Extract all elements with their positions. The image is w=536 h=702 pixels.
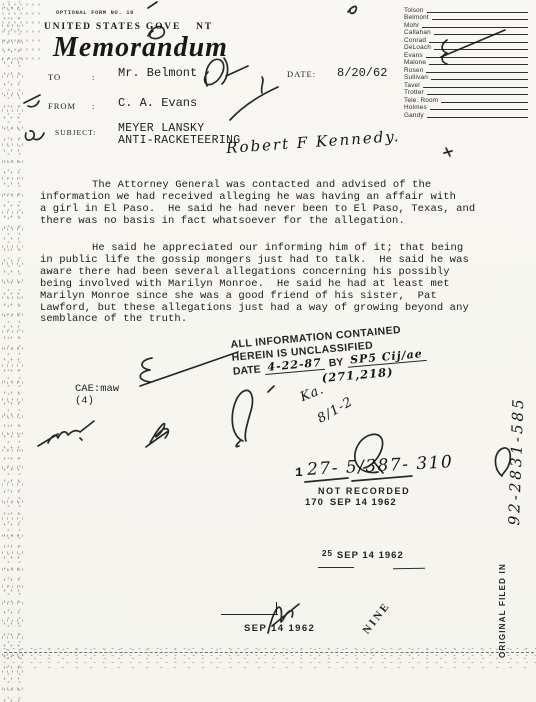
from-colon: : bbox=[92, 101, 95, 111]
scribble-evans-check bbox=[230, 87, 278, 120]
to-label: TO bbox=[48, 72, 61, 82]
routing-name: Tolson bbox=[404, 7, 424, 14]
routing-name: Evans bbox=[404, 52, 423, 59]
body-line: Marilyn Monroe since she was a good frie… bbox=[40, 291, 469, 303]
routing-blank-line bbox=[429, 63, 528, 65]
date-label: DATE: bbox=[287, 69, 316, 79]
scribble-e-initial bbox=[140, 358, 152, 382]
routing-list: Tolson Belmont Mohr Callahan Conrad DeLo… bbox=[404, 6, 530, 119]
received-date-value: SEP 14 1962 bbox=[337, 550, 404, 561]
handwritten-ka-number: 8/1-2 bbox=[315, 394, 356, 426]
routing-row: Rosen bbox=[404, 66, 530, 74]
routing-blank-line bbox=[434, 33, 528, 35]
routing-name: Holmes bbox=[404, 104, 427, 111]
not-recorded-date-value: SEP 14 1962 bbox=[330, 497, 397, 508]
body-line: being involved with Marilyn Monroe. He s… bbox=[40, 279, 469, 291]
scribble-left-margin-1 bbox=[24, 95, 40, 107]
routing-row: Callahan bbox=[404, 29, 530, 37]
to-value: Mr. Belmont bbox=[118, 66, 197, 80]
copy-count: (4) bbox=[75, 395, 119, 407]
routing-row: Mohr bbox=[404, 21, 530, 29]
scribble-left-margin-2 bbox=[25, 131, 44, 140]
serial-prefix: 1 bbox=[295, 465, 303, 480]
routing-blank-line bbox=[434, 48, 528, 50]
form-number: OPTIONAL FORM NO. 10 bbox=[56, 9, 134, 16]
government-line-left: UNITED STATES GOVE bbox=[44, 22, 181, 32]
routing-name: Conrad bbox=[404, 37, 426, 44]
body-line: a girl in El Paso. He said he had never … bbox=[40, 204, 475, 216]
routing-blank-line bbox=[432, 18, 528, 20]
routing-blank-line bbox=[427, 11, 528, 13]
routing-blank-line bbox=[427, 116, 528, 118]
nine-stamp: NINE bbox=[360, 600, 393, 637]
routing-name: Sullivan bbox=[404, 74, 428, 81]
routing-name: Rosen bbox=[404, 67, 423, 74]
scribble-pretzel-initial bbox=[146, 424, 168, 447]
routing-name: Mohr bbox=[404, 22, 419, 29]
from-value: C. A. Evans bbox=[118, 96, 197, 110]
routing-row: Tele. Room bbox=[404, 96, 530, 104]
bottom-rule-line bbox=[221, 614, 278, 615]
routing-blank-line bbox=[441, 101, 528, 103]
routing-name: Tavel bbox=[404, 82, 420, 89]
routing-row: Evans bbox=[404, 51, 530, 59]
declass-date-label: DATE bbox=[232, 363, 261, 377]
body-line: there was no basis in fact whatsoever fo… bbox=[40, 216, 475, 228]
routing-row: Trotter bbox=[404, 89, 530, 97]
bottom-date-stamp: SEP 14 1962 bbox=[244, 623, 315, 634]
routing-row: Gandy bbox=[404, 111, 530, 119]
scribble-e-slash bbox=[140, 352, 238, 386]
routing-blank-line bbox=[426, 71, 528, 73]
typist-initials: CAE:maw bbox=[75, 383, 119, 395]
routing-name: Malone bbox=[404, 59, 426, 66]
routing-name: Gandy bbox=[404, 112, 424, 119]
to-colon: : bbox=[92, 72, 95, 82]
scribble-top-tick bbox=[148, 2, 157, 8]
declassification-stamp: ALL INFORMATION CONTAINED HEREIN IS UNCL… bbox=[230, 319, 459, 392]
handwritten-file-number: 27- 5/387- 310 bbox=[307, 452, 454, 480]
received-date-stamp: 25SEP 14 1962 bbox=[322, 549, 404, 561]
routing-blank-line bbox=[426, 56, 528, 58]
scribble-tall-oval-initial bbox=[232, 390, 252, 446]
routing-row: Malone bbox=[404, 59, 530, 67]
original-filed-in-stamp: ORIGINAL FILED IN bbox=[498, 546, 507, 658]
stamp-dash bbox=[393, 568, 425, 570]
government-line-right: NT bbox=[196, 22, 213, 32]
not-recorded-stamp: NOT RECORDED bbox=[318, 486, 410, 496]
scan-noise-bottom-edge bbox=[0, 645, 536, 669]
memorandum-title: Memorandum bbox=[53, 32, 228, 64]
scan-noise-top-left bbox=[0, 0, 40, 60]
not-recorded-number: 170 bbox=[305, 497, 324, 508]
not-recorded-date: 170SEP 14 1962 bbox=[305, 497, 397, 508]
routing-row: Holmes bbox=[404, 104, 530, 112]
body-paragraph-1: The Attorney General was contacted and a… bbox=[40, 180, 475, 228]
memo-page: OPTIONAL FORM NO. 10 UNITED STATES GOVE … bbox=[0, 0, 536, 702]
government-line: UNITED STATES GOVE NT bbox=[44, 22, 213, 32]
declass-by-label: BY bbox=[328, 356, 344, 369]
subject-line-2: ANTI-RACKETEERING bbox=[118, 134, 240, 147]
typist-initials-block: CAE:maw (4) bbox=[75, 383, 119, 407]
routing-blank-line bbox=[429, 41, 528, 43]
routing-name: Trotter bbox=[404, 89, 424, 96]
routing-row: Belmont bbox=[404, 14, 530, 22]
routing-name: Belmont bbox=[404, 14, 429, 21]
received-number: 25 bbox=[322, 549, 333, 558]
routing-blank-line bbox=[422, 26, 528, 28]
routing-row: Tolson bbox=[404, 6, 530, 14]
routing-row: Tavel bbox=[404, 81, 530, 89]
routing-blank-line bbox=[431, 78, 528, 80]
scan-noise-left-edge bbox=[0, 0, 24, 702]
routing-row: Sullivan bbox=[404, 74, 530, 82]
routing-name: Tele. Room bbox=[404, 97, 438, 104]
routing-name: DeLoach bbox=[404, 44, 431, 51]
stamp-dash bbox=[318, 567, 354, 568]
subject-label: SUBJECT: bbox=[55, 128, 96, 137]
scribble-title-tick bbox=[348, 6, 356, 13]
scan-page-edge-line bbox=[4, 652, 534, 653]
date-value: 8/20/62 bbox=[337, 66, 387, 80]
routing-blank-line bbox=[430, 108, 528, 110]
routing-blank-line bbox=[423, 86, 528, 88]
body-line: aware there had been several allegations… bbox=[40, 267, 469, 279]
routing-row: Conrad bbox=[404, 36, 530, 44]
routing-row: DeLoach bbox=[404, 44, 530, 52]
bottom-rule-tick bbox=[276, 602, 277, 615]
from-label: FROM bbox=[48, 101, 76, 111]
handwritten-kennedy-note: Robert F Kennedy. bbox=[226, 127, 402, 157]
routing-name: Callahan bbox=[404, 29, 431, 36]
body-paragraph-2: He said he appreciated our informing him… bbox=[40, 243, 469, 326]
routing-blank-line bbox=[427, 93, 528, 95]
scribble-margin-4 bbox=[444, 148, 452, 156]
scribble-evans-mark bbox=[262, 77, 263, 93]
scribble-wbir-initials bbox=[38, 421, 94, 446]
handwritten-side-file-number: 92-2831-585 bbox=[505, 280, 532, 525]
